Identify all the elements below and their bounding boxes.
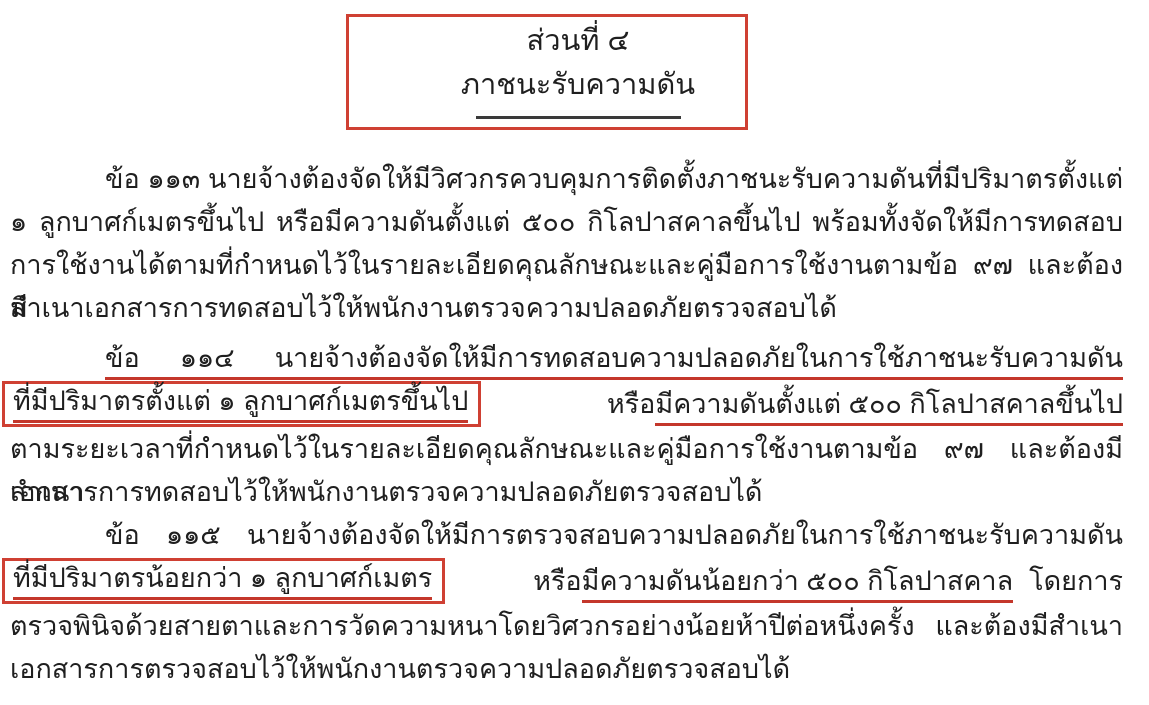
clause-113-line-1: ข้อ ๑๑๓ นายจ้างต้องจัดให้มีวิศวกรควบคุมก… <box>10 158 1123 201</box>
plain-text: หรือ <box>607 389 656 419</box>
red-underline: ที่มีปริมาตรตั้งแต่ ๑ ลูกบาศก์เมตรขึ้นไป <box>13 386 468 423</box>
clause-115-line-3: ตรวจพินิจด้วยสายตาและการวัดความหนาโดยวิศ… <box>10 605 1123 648</box>
clause-114-line-2: ที่มีปริมาตรตั้งแต่ ๑ ลูกบาศก์เมตรขึ้นไป… <box>10 380 1123 428</box>
clause-113-line-3: การใช้งานได้ตามที่กำหนดไว้ในรายละเอียดคุ… <box>10 244 1123 287</box>
section-title-box: ส่วนที่ ๔ ภาชนะรับความดัน <box>346 14 748 130</box>
clause-115-line-2: ที่มีปริมาตรน้อยกว่า ๑ ลูกบาศก์เมตร หรือ… <box>10 557 1123 605</box>
section-number: ส่วนที่ ๔ <box>411 19 745 63</box>
clause-114-line-2-rest: หรือมีความดันตั้งแต่ ๕๐๐ กิโลปาสคาลขึ้นไ… <box>607 383 1123 426</box>
clause-115-line-2-rest: หรือมีความดันน้อยกว่า ๕๐๐ กิโลปาสคาลโดยก… <box>533 560 1123 603</box>
red-underline: ข้อ ๑๑๔ นายจ้างต้องจัดให้มีการทดสอบความป… <box>105 343 1123 380</box>
title-divider <box>476 116 681 119</box>
section-title: ภาชนะรับความดัน <box>411 63 745 107</box>
document-page: ส่วนที่ ๔ ภาชนะรับความดัน ข้อ ๑๑๓ นายจ้า… <box>0 0 1149 705</box>
red-annotation-box: ที่มีปริมาตรตั้งแต่ ๑ ลูกบาศก์เมตรขึ้นไป <box>2 381 481 427</box>
clause-114-line-1: ข้อ ๑๑๔ นายจ้างต้องจัดให้มีการทดสอบความป… <box>10 337 1123 380</box>
red-annotation-box: ที่มีปริมาตรน้อยกว่า ๑ ลูกบาศก์เมตร <box>2 558 445 604</box>
plain-text: หรือ <box>533 566 582 596</box>
plain-text: โดยการ <box>1029 566 1123 596</box>
clause-113-line-2: ๑ ลูกบาศก์เมตรขึ้นไป หรือมีความดันตั้งแต… <box>10 201 1123 244</box>
clause-114-line-3: ตามระยะเวลาที่กำหนดไว้ในรายละเอียดคุณลัก… <box>10 428 1123 471</box>
clause-113-line-4: สำเนาเอกสารการทดสอบไว้ให้พนักงานตรวจความ… <box>10 287 1123 330</box>
clause-115-line-1: ข้อ ๑๑๕ นายจ้างต้องจัดให้มีการตรวจสอบควา… <box>10 514 1123 557</box>
clause-114-line-4: เอกสารการทดสอบไว้ให้พนักงานตรวจความปลอดภ… <box>10 471 1123 514</box>
red-underline: มีความดันตั้งแต่ ๕๐๐ กิโลปาสคาลขึ้นไป <box>655 389 1123 426</box>
red-underline: มีความดันน้อยกว่า ๕๐๐ กิโลปาสคาล <box>582 566 1013 603</box>
clause-115-line-4: เอกสารการตรวจสอบไว้ให้พนักงานตรวจความปลอ… <box>10 648 1123 691</box>
section-title-content: ส่วนที่ ๔ ภาชนะรับความดัน <box>349 19 745 119</box>
red-underline: ที่มีปริมาตรน้อยกว่า ๑ ลูกบาศก์เมตร <box>13 563 432 600</box>
